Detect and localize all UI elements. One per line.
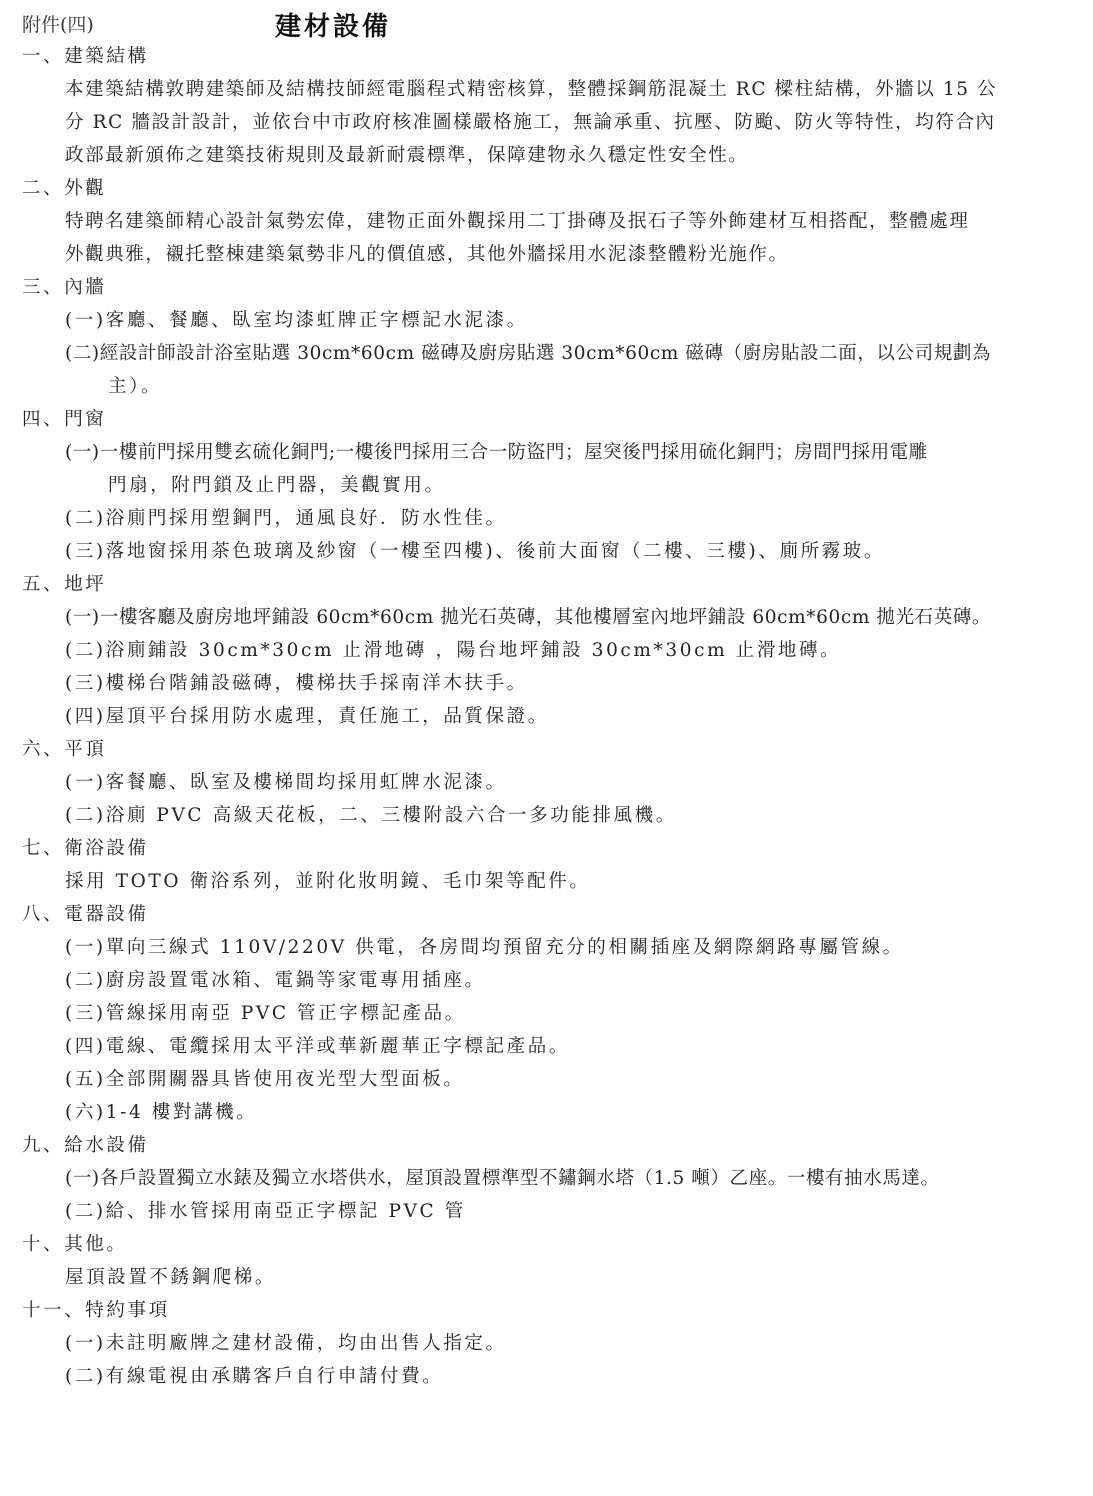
paragraph-line: 屋頂設置不銹鋼爬梯。 — [22, 1261, 1072, 1294]
list-item: (三)落地窗採用茶色玻璃及紗窗（一樓至四樓)、後前大面窗（二樓、三樓)、廁所霧玻… — [22, 535, 1072, 568]
attachment-label: 附件(四) — [22, 10, 94, 37]
document-body: 一、建築結構 本建築結構敦聘建築師及結構技師經電腦程式精密核算，整體採鋼筋混凝土… — [22, 40, 1072, 1393]
list-item: (二)浴廁鋪設 30cm*30cm 止滑地磚 ，陽台地坪鋪設 30cm*30cm… — [22, 634, 1072, 667]
list-item: (二)經設計師設計浴室貼選 30cm*60cm 磁磚及廚房貼選 30cm*60c… — [22, 337, 1072, 370]
section-heading: 六、平頂 — [22, 733, 1072, 766]
section-electrical: 八、電器設備 (一)單向三線式 110V/220V 供電，各房間均預留充分的相關… — [22, 898, 1072, 1129]
paragraph-line: 採用 TOTO 衛浴系列，並附化妝明鏡、毛巾架等配件。 — [22, 865, 1072, 898]
list-item: (一)單向三線式 110V/220V 供電，各房間均預留充分的相關插座及網際網路… — [22, 931, 1072, 964]
paragraph-line: 政部最新頒佈之建築技術規則及最新耐震標準，保障建物永久穩定性安全性。 — [22, 139, 1072, 172]
list-item: (二)廚房設置電冰箱、電鍋等家電專用插座。 — [22, 964, 1072, 997]
section-heading: 九、給水設備 — [22, 1129, 1072, 1162]
list-item: (二)給、排水管採用南亞正字標記 PVC 管 — [22, 1195, 1072, 1228]
section-heading: 八、電器設備 — [22, 898, 1072, 931]
list-item: (六)1-4 樓對講機。 — [22, 1096, 1072, 1129]
section-heading: 十、其他。 — [22, 1228, 1072, 1261]
list-item: (二)有線電視由承購客戶自行申請付費。 — [22, 1360, 1072, 1393]
section-interior-walls: 三、內牆 (一)客廳、餐廳、臥室均漆虹牌正字標記水泥漆。 (二)經設計師設計浴室… — [22, 271, 1072, 403]
list-item: (四)電線、電纜採用太平洋或華新麗華正字標記產品。 — [22, 1030, 1072, 1063]
list-item: (一)各戶設置獨立水錶及獨立水塔供水，屋頂設置標準型不鏽鋼水塔（1.5 噸）乙座… — [22, 1162, 1072, 1195]
section-other: 十、其他。 屋頂設置不銹鋼爬梯。 — [22, 1228, 1072, 1294]
list-item: (二)浴廁 PVC 高級天花板，二、三樓附設六合一多功能排風機。 — [22, 799, 1072, 832]
section-heading: 二、外觀 — [22, 172, 1072, 205]
paragraph-line: 外觀典雅，襯托整棟建築氣勢非凡的價值感，其他外牆採用水泥漆整體粉光施作。 — [22, 238, 1072, 271]
section-doors-windows: 四、門窗 (一)一樓前門採用雙玄硫化銅門;一樓後門採用三合一防盜門；屋突後門採用… — [22, 403, 1072, 568]
paragraph-line: 特聘名建築師精心設計氣勢宏偉，建物正面外觀採用二丁掛磚及抿石子等外飾建材互相搭配… — [22, 205, 1072, 238]
list-item: (一)一樓前門採用雙玄硫化銅門;一樓後門採用三合一防盜門；屋突後門採用硫化銅門；… — [22, 436, 1072, 469]
section-heading: 七、衛浴設備 — [22, 832, 1072, 865]
section-bathroom-fixtures: 七、衛浴設備 採用 TOTO 衛浴系列，並附化妝明鏡、毛巾架等配件。 — [22, 832, 1072, 898]
section-exterior: 二、外觀 特聘名建築師精心設計氣勢宏偉，建物正面外觀採用二丁掛磚及抿石子等外飾建… — [22, 172, 1072, 271]
section-heading: 五、地坪 — [22, 568, 1072, 601]
section-ceiling: 六、平頂 (一)客餐廳、臥室及樓梯間均採用虹牌水泥漆。 (二)浴廁 PVC 高級… — [22, 733, 1072, 832]
list-item: (一)客餐廳、臥室及樓梯間均採用虹牌水泥漆。 — [22, 766, 1072, 799]
section-heading: 一、建築結構 — [22, 40, 1072, 73]
list-item: (二)浴廁門採用塑鋼門，通風良好．防水性佳。 — [22, 502, 1072, 535]
list-item-continuation: 門扇，附門鎖及止門器，美觀實用。 — [22, 469, 1072, 502]
paragraph-line: 本建築結構敦聘建築師及結構技師經電腦程式精密核算，整體採鋼筋混凝土 RC 樑柱結… — [22, 73, 1072, 106]
document-page: 附件(四) 建材設備 一、建築結構 本建築結構敦聘建築師及結構技師經電腦程式精密… — [0, 0, 1093, 1496]
list-item: (五)全部開關器具皆使用夜光型大型面板。 — [22, 1063, 1072, 1096]
list-item-continuation: 主）。 — [22, 370, 1072, 403]
section-water-supply: 九、給水設備 (一)各戶設置獨立水錶及獨立水塔供水，屋頂設置標準型不鏽鋼水塔（1… — [22, 1129, 1072, 1228]
section-special-terms: 十一、特約事項 (一)未註明廠牌之建材設備，均由出售人指定。 (二)有線電視由承… — [22, 1294, 1072, 1393]
section-structure: 一、建築結構 本建築結構敦聘建築師及結構技師經電腦程式精密核算，整體採鋼筋混凝土… — [22, 40, 1072, 172]
list-item: (一)未註明廠牌之建材設備，均由出售人指定。 — [22, 1327, 1072, 1360]
section-heading: 三、內牆 — [22, 271, 1072, 304]
list-item: (三)樓梯台階鋪設磁磚，樓梯扶手採南洋木扶手。 — [22, 667, 1072, 700]
list-item: (一)一樓客廳及廚房地坪鋪設 60cm*60cm 拋光石英磚，其他樓層室內地坪鋪… — [22, 601, 1072, 634]
page-title: 建材設備 — [275, 6, 391, 43]
section-flooring: 五、地坪 (一)一樓客廳及廚房地坪鋪設 60cm*60cm 拋光石英磚，其他樓層… — [22, 568, 1072, 733]
document-header: 附件(四) 建材設備 — [22, 6, 1072, 40]
section-heading: 四、門窗 — [22, 403, 1072, 436]
list-item: (一)客廳、餐廳、臥室均漆虹牌正字標記水泥漆。 — [22, 304, 1072, 337]
section-heading: 十一、特約事項 — [22, 1294, 1072, 1327]
paragraph-line: 分 RC 牆設計設計，並依台中市政府核准圖樣嚴格施工，無論承重、抗壓、防颱、防火… — [22, 106, 1072, 139]
list-item: (四)屋頂平台採用防水處理，責任施工，品質保證。 — [22, 700, 1072, 733]
list-item: (三)管線採用南亞 PVC 管正字標記產品。 — [22, 997, 1072, 1030]
